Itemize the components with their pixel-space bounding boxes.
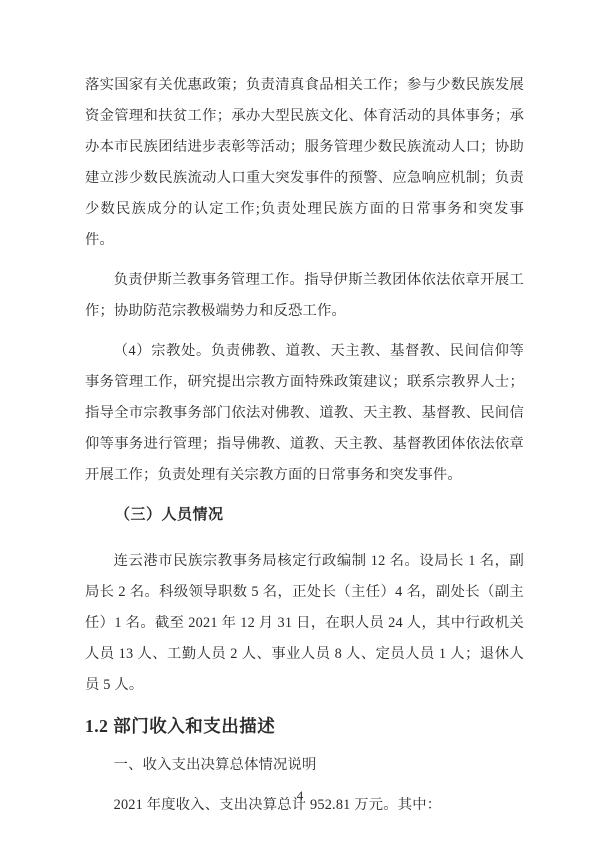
page-content: 落实国家有关优惠政策；负责清真食品相关工作；参与少数民族发展资金管理和扶贫工作；… bbox=[0, 0, 600, 821]
paragraph-religion-division-duties: （4）宗教处。负责佛教、道教、天主教、基督教、民间信仰等事务管理工作，研究提出宗… bbox=[85, 336, 524, 491]
subheading-budget-overview: 一、收入支出决算总体情况说明 bbox=[85, 750, 524, 781]
document-page: 落实国家有关优惠政策；负责清真食品相关工作；参与少数民族发展资金管理和扶贫工作；… bbox=[0, 0, 600, 848]
page-number: 4 bbox=[0, 788, 600, 804]
paragraph-ethnic-affairs-duties: 落实国家有关优惠政策；负责清真食品相关工作；参与少数民族发展资金管理和扶贫工作；… bbox=[85, 70, 524, 256]
heading-personnel-situation: （三）人员情况 bbox=[85, 500, 524, 531]
heading-income-expenditure-description: 1.2 部门收入和支出描述 bbox=[85, 710, 524, 743]
paragraph-staffing-details: 连云港市民族宗教事务局核定行政编制 12 名。设局长 1 名，副局长 2 名。科… bbox=[85, 546, 524, 701]
paragraph-islam-affairs-duties: 负责伊斯兰教事务管理工作。指导伊斯兰教团体依法依章开展工作；协助防范宗教极端势力… bbox=[85, 265, 524, 327]
